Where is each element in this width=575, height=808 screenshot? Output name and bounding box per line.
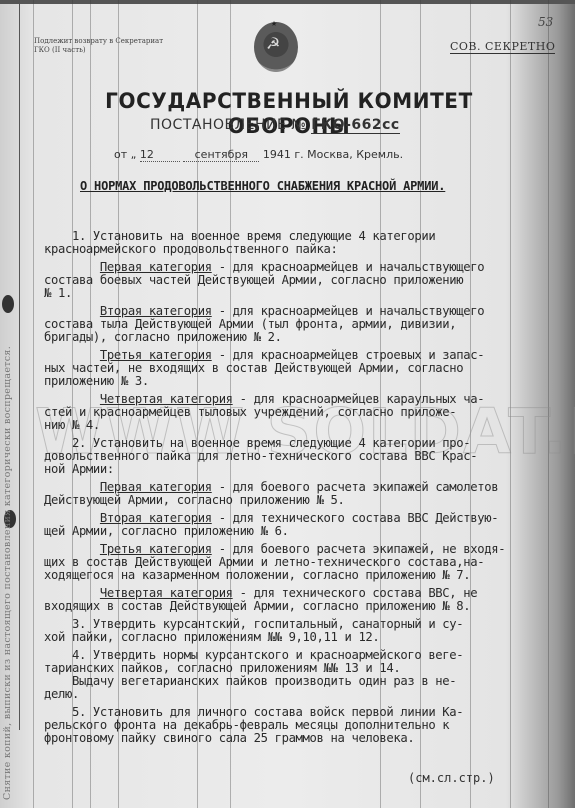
continued-note: (см.сл.стр.) xyxy=(408,771,495,785)
paragraph: Вторая категория - для красноармейцев и … xyxy=(44,305,554,344)
paragraph: Вторая категория - для технического сост… xyxy=(44,512,554,538)
date-prefix: от „ xyxy=(114,148,136,161)
date-line: от „ 12 сентября 1941 г. Москва, Кремль. xyxy=(114,148,403,162)
category-label: Первая категория xyxy=(100,260,212,274)
decree-subject: О НОРМАХ ПРОДОВОЛЬСТВЕННОГО СНАБЖЕНИЯ КР… xyxy=(80,179,445,193)
return-stamp-line: ГКО (II часть) xyxy=(34,46,163,55)
date-month: сентября xyxy=(183,148,259,162)
category-label: Вторая категория xyxy=(100,511,212,525)
paragraph-text: 4. Утвердить нормы курсантского и красно… xyxy=(44,648,463,701)
classification-stamp: СОВ. СЕКРЕТНО xyxy=(450,40,555,54)
paragraph: 3. Утвердить курсантский, госпитальный, … xyxy=(44,618,554,644)
side-note: Снятие копий, выписки из настоящего пост… xyxy=(2,180,13,800)
paragraph: 1. Установить на военное время следующие… xyxy=(44,230,554,256)
ussr-emblem-icon: ★ ☭ xyxy=(254,22,298,72)
date-day: 12 xyxy=(140,148,180,162)
paragraph-text: 1. Установить на военное время следующие… xyxy=(44,229,435,256)
category-label: Третья категория xyxy=(100,348,212,362)
category-label: Вторая категория xyxy=(100,304,212,318)
scan-edge xyxy=(0,0,575,4)
category-label: Четвертая категория xyxy=(100,586,233,600)
paragraph: 5. Установить для личного состава войск … xyxy=(44,706,554,745)
scan-streak xyxy=(33,0,34,808)
return-stamp-line: Подлежит возврату в Секретариат xyxy=(34,37,163,46)
decree-label: ПОСТАНОВЛЕНИЕ № xyxy=(150,117,306,133)
margin-line xyxy=(19,0,20,730)
paragraph: Четвертая категория - для технического с… xyxy=(44,587,554,613)
paragraph-text: 3. Утвердить курсантский, госпитальный, … xyxy=(44,617,463,644)
date-year-place: 1941 г. Москва, Кремль. xyxy=(263,148,403,161)
category-label: Первая категория xyxy=(100,480,212,494)
paragraph: Первая категория - для красноармейцев и … xyxy=(44,261,554,300)
decree-heading: ПОСТАНОВЛЕНИЕ № ГКО-662сс xyxy=(150,117,400,133)
paragraph-text: 5. Установить для личного состава войск … xyxy=(44,705,463,745)
paragraph: 4. Утвердить нормы курсантского и красно… xyxy=(44,649,554,701)
page-number: 53 xyxy=(538,15,553,29)
paragraph: Первая категория - для боевого расчета э… xyxy=(44,481,554,507)
hammer-sickle-icon: ☭ xyxy=(266,34,280,53)
decree-body: 1. Установить на военное время следующие… xyxy=(44,230,554,750)
paragraph: Третья категория - для боевого расчета э… xyxy=(44,543,554,582)
decree-number: ГКО-662сс xyxy=(311,117,399,134)
paragraph-text: 2. Установить на военное время следующие… xyxy=(44,436,477,476)
paragraph: Четвертая категория - для красноармейцев… xyxy=(44,393,554,432)
paragraph: Третья категория - для красноармейцев ст… xyxy=(44,349,554,388)
star-icon: ★ xyxy=(271,18,277,29)
scanned-document-page: Снятие копий, выписки из настоящего пост… xyxy=(0,0,575,808)
return-stamp: Подлежит возврату в Секретариат ГКО (II … xyxy=(34,37,163,55)
category-label: Третья категория xyxy=(100,542,212,556)
paragraph: 2. Установить на военное время следующие… xyxy=(44,437,554,476)
category-label: Четвертая категория xyxy=(100,392,233,406)
